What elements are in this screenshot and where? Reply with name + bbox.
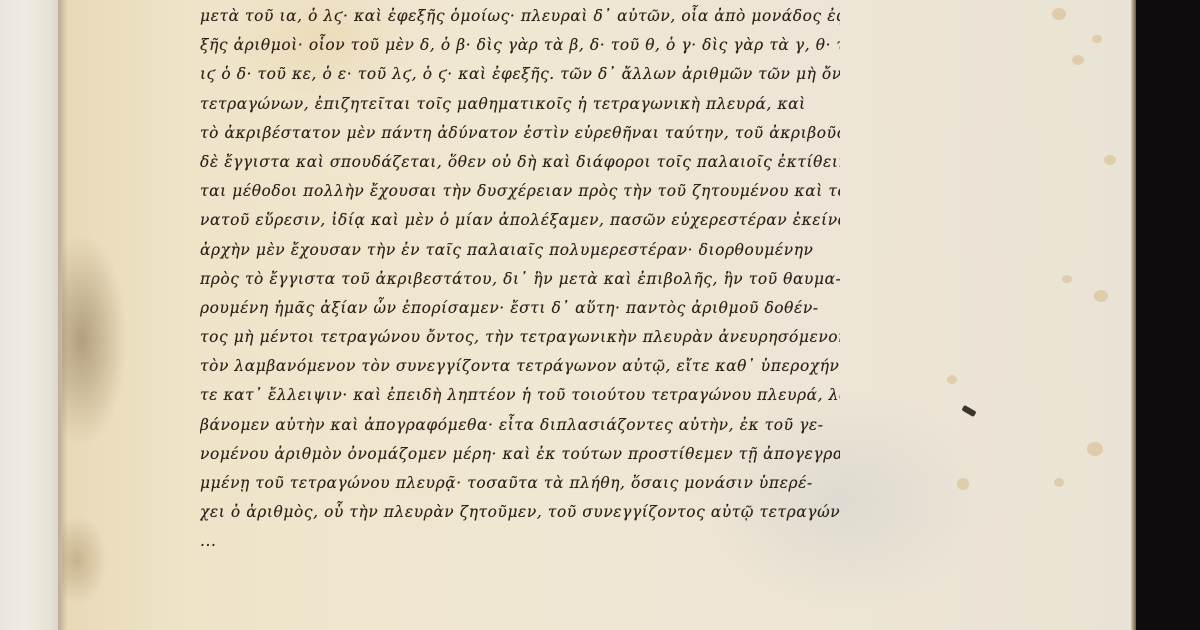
- foxing-spot: [947, 375, 957, 384]
- text-line: ρουμένη ἡμᾶς ἀξίαν ὧν ἐπορίσαμεν· ἔστι δ…: [200, 294, 840, 323]
- foxing-spot: [1087, 442, 1103, 456]
- text-line: ξῆς ἀριθμοὶ· οἷον τοῦ μὲν δ, ὁ β· δὶς γὰ…: [200, 31, 840, 60]
- foxing-spot: [957, 478, 969, 490]
- text-line: τετραγώνων, ἐπιζητεῖται τοῖς μαθηματικοῖ…: [200, 90, 840, 119]
- gutter-shadow: [58, 0, 68, 630]
- text-line: χει ὁ ἀριθμὸς, οὗ τὴν πλευρὰν ζητοῦμεν, …: [200, 498, 840, 527]
- foxing-spot: [1062, 275, 1072, 283]
- text-line: τὸν λαμβανόμενον τὸν συνεγγίζοντα τετράγ…: [200, 352, 840, 381]
- foxing-spot: [1054, 478, 1064, 487]
- manuscript-text-block: μετὰ τοῦ ια, ὁ λϛ· καὶ ἐφεξῆς ὁμοίως· πλ…: [200, 2, 840, 557]
- text-line: ...: [200, 527, 840, 556]
- text-line: τὸ ἀκριβέστατον μὲν πάντη ἀδύνατον ἐστὶν…: [200, 119, 840, 148]
- adjacent-page-edge: [0, 0, 62, 630]
- manuscript-leaf: μετὰ τοῦ ια, ὁ λϛ· καὶ ἐφεξῆς ὁμοίως· πλ…: [62, 0, 1135, 630]
- text-line: τος μὴ μέντοι τετραγώνου ὄντος, τὴν τετρ…: [200, 323, 840, 352]
- text-line: τε κατ᾽ ἔλλειψιν· καὶ ἐπειδὴ ληπτέον ἡ τ…: [200, 381, 840, 410]
- text-line: ιϛ ὁ δ· τοῦ κε, ὁ ε· τοῦ λϛ, ὁ ϛ· καὶ ἐφ…: [200, 60, 840, 89]
- ink-blemish: [961, 405, 976, 417]
- text-line: νομένου ἀριθμὸν ὀνομάζομεν μέρη· καὶ ἐκ …: [200, 440, 840, 469]
- text-line: βάνομεν αὐτὴν καὶ ἀπογραφόμεθα· εἶτα διπ…: [200, 411, 840, 440]
- text-line: ται μέθοδοι πολλὴν ἔχουσαι τὴν δυσχέρεια…: [200, 177, 840, 206]
- text-line: δὲ ἔγγιστα καὶ σπουδάζεται, ὅθεν οὐ δὴ κ…: [200, 148, 840, 177]
- text-line: ἀρχὴν μὲν ἔχουσαν τὴν ἐν ταῖς παλαιαῖς π…: [200, 236, 840, 265]
- text-line: νατοῦ εὕρεσιν, ἰδίᾳ καὶ μὲν ὁ μίαν ἀπολέ…: [200, 206, 840, 235]
- foxing-spot: [1094, 290, 1108, 302]
- foxing-spot: [1104, 155, 1116, 165]
- text-line: πρὸς τὸ ἔγγιστα τοῦ ἀκριβεστάτου, δι᾽ ἣν…: [200, 265, 840, 294]
- foxing-spot: [1072, 55, 1084, 65]
- foxing-spot: [1092, 35, 1102, 43]
- text-line: μμένῃ τοῦ τετραγώνου πλευρᾷ· τοσαῦτα τὰ …: [200, 469, 840, 498]
- text-line: μετὰ τοῦ ια, ὁ λϛ· καὶ ἐφεξῆς ὁμοίως· πλ…: [200, 2, 840, 31]
- foxing-spot: [1052, 8, 1066, 20]
- dark-backdrop: [1136, 0, 1200, 630]
- manuscript-photograph: μετὰ τοῦ ια, ὁ λϛ· καὶ ἐφεξῆς ὁμοίως· πλ…: [0, 0, 1200, 630]
